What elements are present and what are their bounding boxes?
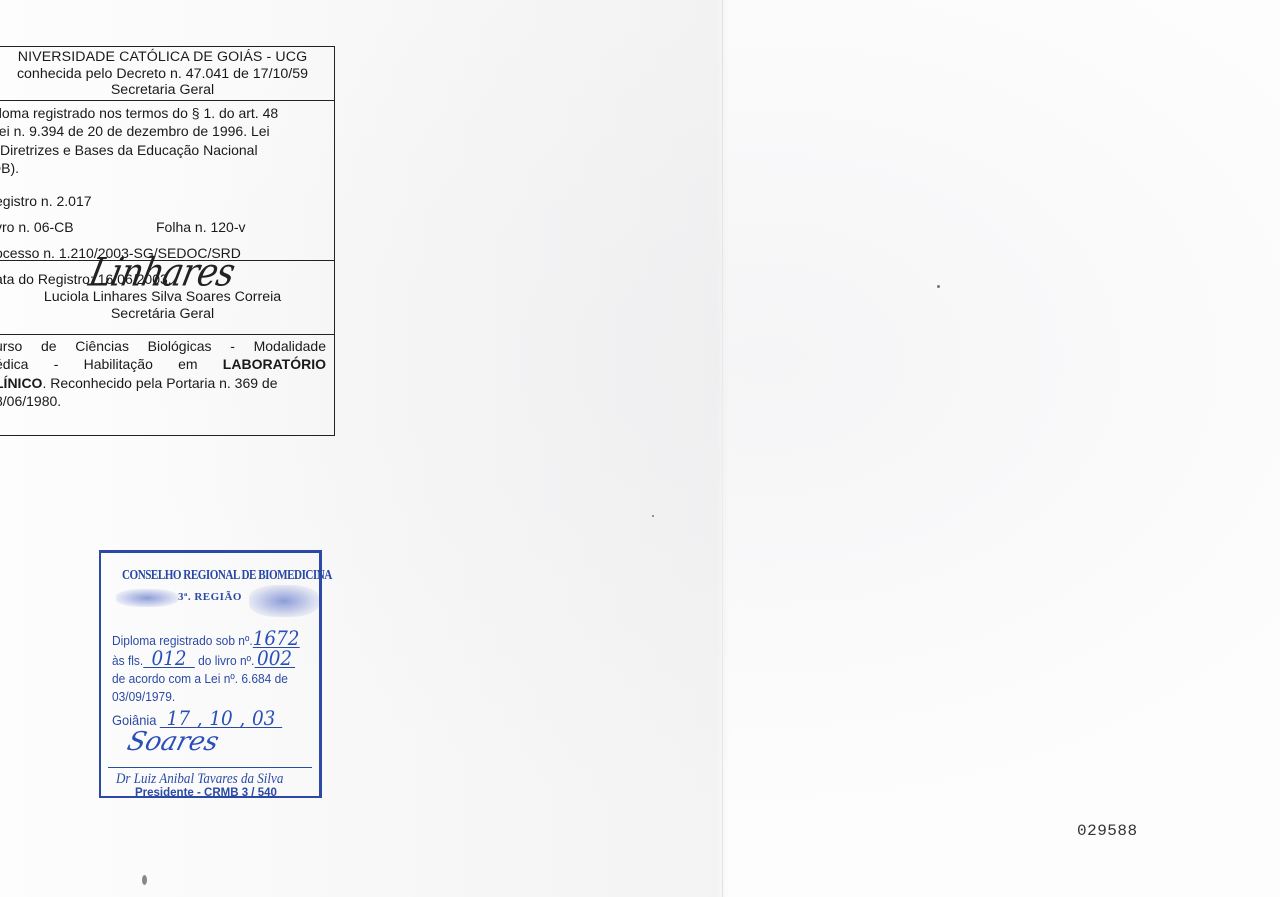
registro-field: egistro n. 2.017 bbox=[0, 192, 326, 218]
institution-name: NIVERSIDADE CATÓLICA DE GOIÁS - UCG bbox=[0, 49, 330, 66]
date-day: 17 bbox=[160, 709, 197, 728]
registration-box: NIVERSIDADE CATÓLICA DE GOIÁS - UCG conh… bbox=[0, 46, 335, 436]
signer-name: Luciola Linhares Silva Soares Correia bbox=[0, 289, 330, 305]
registration-date-line: Goiânia 17,10,03 bbox=[112, 709, 282, 728]
course-line: édica - Habilitação em LABORATÓRIO bbox=[0, 355, 326, 374]
registration-header: NIVERSIDADE CATÓLICA DE GOIÁS - UCG conh… bbox=[0, 47, 334, 101]
course-description: urso de Ciências Biológicas - Modalidade… bbox=[0, 335, 334, 413]
livro-field: vro n. 06-CB bbox=[0, 219, 74, 235]
signature-rule bbox=[108, 767, 312, 768]
city: Goiânia bbox=[112, 712, 156, 728]
course-line: LÍNICO. Reconhecido pela Portaria n. 369… bbox=[0, 374, 326, 393]
president-name: Dr Luiz Anibal Tavares da Silva bbox=[116, 771, 283, 788]
course-line: urso de Ciências Biológicas - Modalidade bbox=[0, 337, 326, 356]
date-year: 03 bbox=[245, 709, 282, 728]
stamp-organization: CONSELHO REGIONAL DE BIOMEDICINA bbox=[122, 567, 298, 583]
legal-text-line: Lei n. 9.394 de 20 de dezembro de 1996. … bbox=[0, 122, 326, 141]
fls-value: 012 bbox=[143, 649, 195, 668]
stamp-region: 3ª. REGIÃO bbox=[104, 591, 316, 603]
paper-speck bbox=[142, 875, 147, 885]
folio-line: às fls.012 do livro nº.002 bbox=[112, 649, 295, 668]
legal-text-line: ploma registrado nos termos do § 1. do a… bbox=[0, 104, 326, 123]
department-name: Secretaria Geral bbox=[0, 82, 330, 99]
secretary-signature-block: Linhares Luciola Linhares Silva Soares C… bbox=[0, 259, 334, 335]
course-line: 8/06/1980. bbox=[0, 392, 326, 411]
paper-speck bbox=[652, 515, 654, 517]
paper-speck bbox=[937, 285, 940, 288]
legal-text-line: DB). bbox=[0, 159, 326, 178]
law-date: 03/09/1979. bbox=[112, 689, 175, 704]
course-habilitation: LABORATÓRIO bbox=[223, 355, 326, 374]
institution-recognition: conhecida pelo Decreto n. 47.041 de 17/1… bbox=[0, 66, 330, 83]
paper-fold-line bbox=[722, 0, 723, 897]
date-month: 10 bbox=[203, 709, 240, 728]
serial-number: 029588 bbox=[1077, 822, 1138, 840]
signer-role: Secretária Geral bbox=[0, 306, 330, 322]
president-role: Presidente - CRMB 3 / 540 bbox=[135, 787, 277, 799]
law-line: de acordo com a Lei nº. 6.684 de bbox=[112, 671, 288, 686]
legal-text-line: Diretrizes e Bases da Educação Nacional bbox=[0, 141, 326, 160]
biomedicine-council-stamp: CONSELHO REGIONAL DE BIOMEDICINA 3ª. REG… bbox=[99, 550, 322, 798]
registration-details: ploma registrado nos termos do § 1. do a… bbox=[0, 101, 334, 261]
president-signature: Soares bbox=[124, 727, 222, 757]
folha-field: Folha n. 120-v bbox=[156, 218, 246, 237]
livro-value: 002 bbox=[254, 649, 294, 668]
